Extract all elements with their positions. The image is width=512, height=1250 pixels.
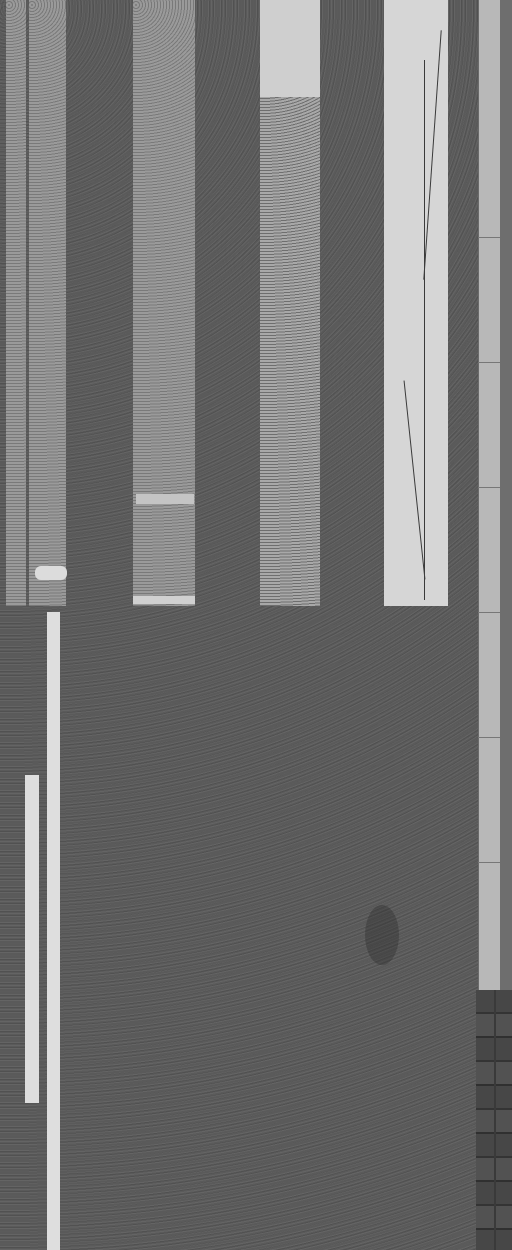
curb-joint: [478, 237, 500, 238]
crosswalk-stripe-1: [6, 0, 26, 606]
paint-patch: [133, 596, 195, 604]
curb-joint: [478, 862, 500, 863]
paint-crack: [404, 380, 426, 579]
crosswalk-stripe-3: [133, 0, 195, 606]
paint-patch: [136, 494, 194, 504]
curb-joint: [478, 612, 500, 613]
concrete-curb: [478, 0, 501, 990]
paint-crack: [424, 60, 425, 600]
curb-joint: [478, 737, 500, 738]
curb-joint: [478, 362, 500, 363]
crosswalk-stripe-5: [384, 0, 448, 606]
crosswalk-stripe-2: [29, 0, 66, 606]
lane-marking-long: [47, 612, 60, 1250]
paint-patch: [35, 566, 67, 580]
aerial-road-scene: Top-down aerial view of an asphalt road …: [0, 0, 512, 1250]
lane-marking-short: [25, 775, 39, 1103]
crosswalk-stripe-4-fresh-section: [260, 0, 320, 97]
curb-joint: [478, 487, 500, 488]
asphalt-stain: [365, 905, 399, 965]
cobblestone-paving: [476, 990, 512, 1250]
paint-crack: [423, 30, 441, 279]
